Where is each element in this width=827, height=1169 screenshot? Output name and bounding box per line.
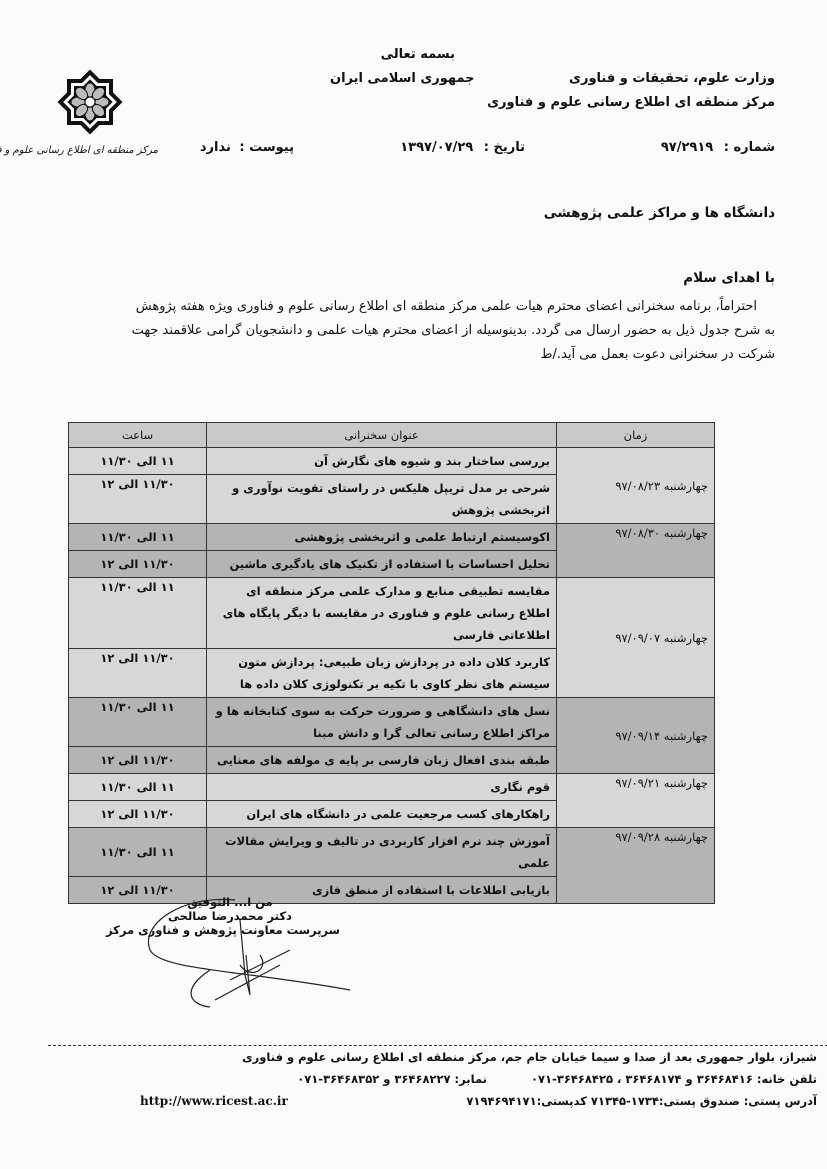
invocation: بسمه تعالی — [395, 47, 455, 62]
footer-website-link[interactable]: http://www.ricest.ac.ir — [140, 1094, 288, 1108]
talk-title: بررسی ساختار بند و شیوه های نگارش آن — [207, 448, 557, 475]
talk-title: راهکارهای کسب مرجعیت علمی در دانشگاه های… — [207, 801, 557, 828]
day-cell: چهارشنبه ۹۷/۰۸/۲۳ — [557, 448, 715, 524]
center-name: مرکز منطقه ای اطلاع رسانی علوم و فناوری — [487, 95, 775, 110]
table-header-row: زمان عنوان سخنرانی ساعت — [69, 423, 715, 448]
talk-title: آموزش چند نرم افزار کاربردی در تالیف و و… — [207, 828, 557, 877]
talk-time: ۱۱ الی ۱۱/۳۰ — [69, 578, 207, 649]
date-label: تاریخ : — [484, 140, 525, 155]
paragraph-line: احتراماً، برنامه سخنرانی اعضای محترم هیا… — [45, 295, 775, 319]
greeting: با اهدای سلام — [683, 270, 775, 286]
table-row: چهارشنبه ۹۷/۰۹/۱۴ نسل های دانشگاهی و ضرو… — [69, 698, 715, 747]
talk-time: ۱۱ الی ۱۱/۳۰ — [69, 448, 207, 475]
talk-time: ۱۱/۳۰ الی ۱۲ — [69, 801, 207, 828]
table-row: چهارشنبه ۹۷/۰۸/۳۰ اکوسیستم ارتباط علمی و… — [69, 524, 715, 551]
footer-phone: تلفن خانه: ۳۶۴۶۸۴۱۶ و ۳۶۴۶۸۱۷۴ ، ۳۶۴۶۸۴۲… — [531, 1072, 817, 1086]
country-name: جمهوری اسلامی ایران — [330, 71, 475, 86]
talk-time: ۱۱ الی ۱۱/۳۰ — [69, 698, 207, 747]
paragraph-line: به شرح جدول ذیل به حضور ارسال می گردد. ب… — [45, 319, 775, 343]
day-cell: چهارشنبه ۹۷/۰۹/۰۷ — [557, 578, 715, 698]
day-cell: چهارشنبه ۹۷/۰۹/۱۴ — [557, 698, 715, 774]
day-cell: چهارشنبه ۹۷/۰۹/۲۱ — [557, 774, 715, 828]
letter-date: تاریخ : ۱۳۹۷/۰۷/۲۹ — [400, 140, 525, 155]
talk-time: ۱۱/۳۰ الی ۱۲ — [69, 475, 207, 524]
talk-title: طبقه بندی افعال زبان فارسی بر پایه ی مول… — [207, 747, 557, 774]
star-logo-icon — [50, 62, 130, 142]
talk-title: قوم نگاری — [207, 774, 557, 801]
ministry-name: وزارت علوم، تحقیقات و فناوری — [569, 71, 775, 86]
center-logo — [50, 62, 130, 142]
table-row: چهارشنبه ۹۷/۰۹/۲۱ قوم نگاری ۱۱ الی ۱۱/۳۰ — [69, 774, 715, 801]
logo-caption: مرکز منطقه ای اطلاع رسانی علوم و فناوری — [28, 145, 158, 156]
talk-title: کاربرد کلان داده در پردازش زبان طبیعی: پ… — [207, 649, 557, 698]
footer-divider — [48, 1045, 827, 1046]
talk-title: اکوسیستم ارتباط علمی و اثربخشی پژوهشی — [207, 524, 557, 551]
number-value: ۹۷/۲۹۱۹ — [661, 140, 713, 155]
letter-paragraph: احتراماً، برنامه سخنرانی اعضای محترم هیا… — [45, 295, 775, 367]
column-header-title: عنوان سخنرانی — [207, 423, 557, 448]
talk-time: ۱۱/۳۰ الی ۱۲ — [69, 747, 207, 774]
talk-time: ۱۱ الی ۱۱/۳۰ — [69, 828, 207, 877]
table-row: چهارشنبه ۹۷/۰۹/۰۷ مقایسه تطبیقی منابع و … — [69, 578, 715, 649]
letter-number: شماره : ۹۷/۲۹۱۹ — [661, 140, 775, 155]
letter-attachment: پیوست : ندارد — [200, 140, 294, 155]
talk-title: شرحی بر مدل تریپل هلیکس در راستای تقویت … — [207, 475, 557, 524]
table-row: چهارشنبه ۹۷/۰۹/۲۸ آموزش چند نرم افزار کا… — [69, 828, 715, 877]
talk-title: نسل های دانشگاهی و ضرورت حرکت به سوی کتا… — [207, 698, 557, 747]
day-cell: چهارشنبه ۹۷/۰۸/۳۰ — [557, 524, 715, 578]
column-header-time: ساعت — [69, 423, 207, 448]
talk-time: ۱۱/۳۰ الی ۱۲ — [69, 649, 207, 698]
paragraph-line: شرکت در سخنرانی دعوت بعمل می آید./ط — [45, 343, 775, 367]
number-label: شماره : — [724, 140, 775, 155]
talk-title: تحلیل احساسات با استفاده از تکنیک های یا… — [207, 551, 557, 578]
column-header-date: زمان — [557, 423, 715, 448]
recipient: دانشگاه ها و مراکز علمی پژوهشی — [544, 205, 775, 221]
footer-phones: تلفن خانه: ۳۶۴۶۸۴۱۶ و ۳۶۴۶۸۱۷۴ ، ۳۶۴۶۸۴۲… — [97, 1072, 817, 1086]
talk-title: مقایسه تطبیقی منابع و مدارک علمی مرکز من… — [207, 578, 557, 649]
footer-address: شیراز، بلوار جمهوری بعد از صدا و سیما خی… — [97, 1050, 817, 1064]
handwritten-signature-icon — [120, 895, 420, 1015]
date-value: ۱۳۹۷/۰۷/۲۹ — [400, 140, 473, 155]
talk-time: ۱۱ الی ۱۱/۳۰ — [69, 524, 207, 551]
talk-time: ۱۱ الی ۱۱/۳۰ — [69, 774, 207, 801]
attachment-label: پیوست : — [239, 140, 294, 155]
table-row: چهارشنبه ۹۷/۰۸/۲۳ بررسی ساختار بند و شیو… — [69, 448, 715, 475]
lecture-schedule-table: زمان عنوان سخنرانی ساعت چهارشنبه ۹۷/۰۸/۲… — [68, 422, 715, 904]
day-cell: چهارشنبه ۹۷/۰۹/۲۸ — [557, 828, 715, 904]
talk-time: ۱۱/۳۰ الی ۱۲ — [69, 551, 207, 578]
attachment-value: ندارد — [200, 140, 231, 155]
footer-fax: نمابر: ۳۶۴۶۸۲۲۷ و ۳۶۴۶۸۳۵۲-۰۷۱ — [297, 1072, 487, 1086]
